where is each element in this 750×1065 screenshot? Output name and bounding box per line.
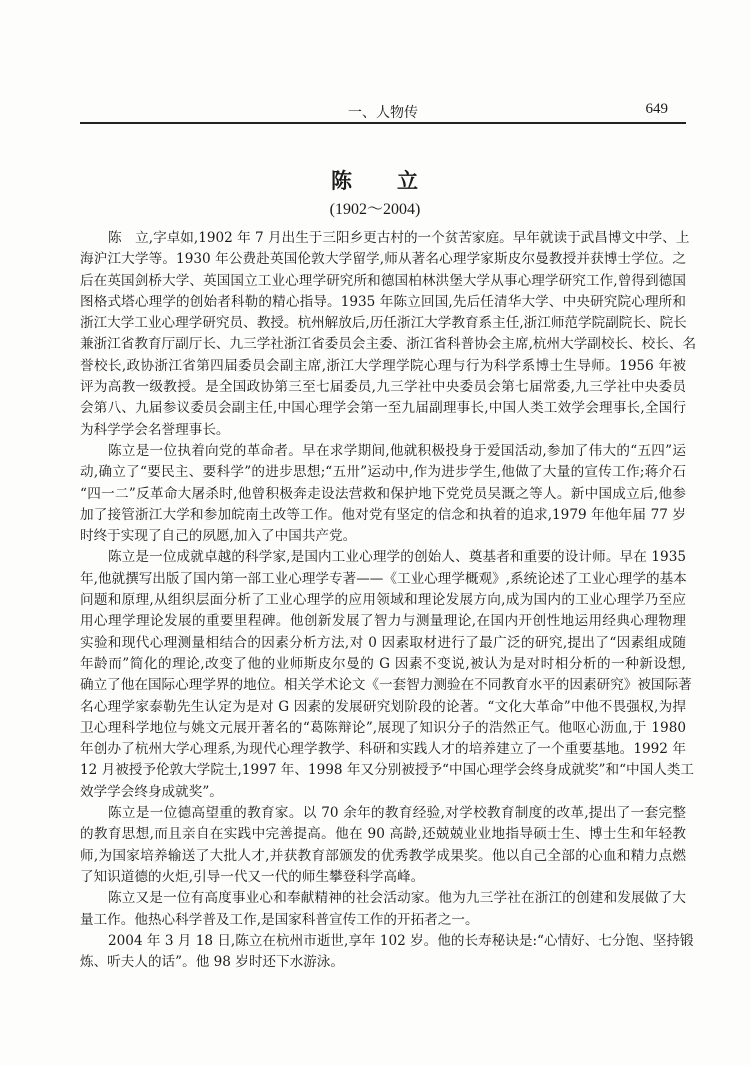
body-line: 陈立是一位执着向党的革命者。早在求学期间,他就积极投身于爱国活动,参加了伟大的“… — [80, 441, 686, 462]
body-line: 为科学学会名誉理事长。 — [80, 420, 686, 441]
title-surname: 陈 — [331, 169, 353, 193]
body-line: 加了接管浙江大学和参加皖南土改等工作。他对党有坚定的信念和执着的追求,1979 … — [80, 505, 686, 526]
body-line: 的教育思想,而且亲自在实践中完善提高。他在 90 高龄,还兢兢业业地指导硕士生、… — [80, 824, 686, 845]
body-line: 海沪江大学等。1930 年公费赴英国伦敦大学留学,师从著名心理学家斯皮尔曼教授并… — [80, 249, 686, 270]
section-title: 一、人物传 — [80, 102, 686, 122]
body-line: 陈立是一位德高望重的教育家。以 70 余年的教育经验,对学校教育制度的改革,提出… — [80, 803, 686, 824]
title-given-name: 立 — [397, 169, 419, 193]
body-line: 后在英国剑桥大学、英国国立工业心理学研究所和德国柏林洪堡大学从事心理学研究工作,… — [80, 271, 686, 292]
body-line: 2004 年 3 月 18 日,陈立在杭州市逝世,享年 102 岁。他的长寿秘诀… — [80, 931, 686, 952]
body-line: 问题和原理,从组织层面分析了工业心理学的应用领域和理论发展方向,成为国内的工业心… — [80, 590, 686, 611]
body-line: 誉校长,政协浙江省第四届委员会副主席,浙江大学理学院心理与行为科学系博士生导师。… — [80, 356, 686, 377]
running-head: 一、人物传 649 — [80, 100, 686, 122]
body-line: 评为高教一级教授。是全国政协第三至七届委员,九三学社中央委员会第七届常委,九三学… — [80, 377, 686, 398]
body-line: 名心理学家泰勒先生认定为是对 G 因素的发展研究划阶段的论著。“文化大革命”中他… — [80, 697, 686, 718]
page-number: 649 — [646, 101, 669, 118]
body-line: 陈立又是一位有高度事业心和奉献精神的社会活动家。他为九三学社在浙江的创建和发展做… — [80, 888, 686, 909]
body-line: 时终于实现了自己的夙愿,加入了中国共产党。 — [80, 526, 686, 547]
life-dates: (1902～2004) — [0, 196, 750, 219]
article-body: 陈 立,字卓如,1902 年 7 月出生于三阳乡更古村的一个贫苦家庭。早年就读于… — [80, 228, 686, 973]
body-line: 卫心理科学地位与姚文元展开著名的“葛陈辩论”,展现了知识分子的浩然正气。他呕心沥… — [80, 718, 686, 739]
body-line: 陈 立,字卓如,1902 年 7 月出生于三阳乡更古村的一个贫苦家庭。早年就读于… — [80, 228, 686, 249]
body-line: 用心理学理论发展的重要里程碑。他创新发展了智力与测量理论,在国内开创性地运用经典… — [80, 611, 686, 632]
body-line: 会第八、九届参议委员会副主任,中国心理学会第一至九届副理事长,中国人类工效学会理… — [80, 398, 686, 419]
body-line: 浙江大学工业心理学研究员、教授。杭州解放后,历任浙江大学教育系主任,浙江师范学院… — [80, 313, 686, 334]
body-line: 师,为国家培养输送了大批人才,并获教育部颁发的优秀教学成果奖。他以自己全部的心血… — [80, 846, 686, 867]
body-line: 确立了他在国际心理学界的地位。相关学术论文《一套智力测验在不同教育水平的因素研究… — [80, 675, 686, 696]
body-line: 动,确立了“要民主、要科学”的进步思想;“五卅”运动中,作为进步学生,他做了大量… — [80, 462, 686, 483]
body-line: 陈立是一位成就卓越的科学家,是国内工业心理学的创始人、奠基者和重要的设计师。早在… — [80, 547, 686, 568]
body-line: 年龄而”简化的理论,改变了他的业师斯皮尔曼的 G 因素不变说,被认为是对时相分析… — [80, 654, 686, 675]
body-line: “四一二”反革命大屠杀时,他曾积极奔走设法营救和保护地下党党员吴溉之等人。新中国… — [80, 484, 686, 505]
body-line: 图格式塔心理学的创始者科勒的精心指导。1935 年陈立回国,先后任清华大学、中央… — [80, 292, 686, 313]
body-line: 12 月被授予伦敦大学院士,1997 年、1998 年又分别被授予“中国心理学会… — [80, 760, 686, 781]
body-line: 兼浙江省教育厅副厅长、九三学社浙江省委员会主委、浙江省科普协会主席,杭州大学副校… — [80, 334, 686, 355]
body-line: 实验和现代心理测量相结合的因素分析方法,对 0 因素取材进行了最广泛的研究,提出… — [80, 633, 686, 654]
article-title: 陈立 — [0, 165, 750, 195]
body-line: 年创办了杭州大学心理系,为现代心理学教学、科研和实践人才的培养建立了一个重要基地… — [80, 739, 686, 760]
header-rule — [80, 122, 686, 124]
body-line: 效学学会终身成就奖”。 — [80, 782, 686, 803]
document-page: 一、人物传 649 陈立 (1902～2004) 陈 立,字卓如,1902 年 … — [0, 0, 750, 1065]
body-line: 年,他就撰写出版了国内第一部工业心理学专著——《工业心理学概观》,系统论述了工业… — [80, 569, 686, 590]
body-line: 了知识道德的火炬,引导一代又一代的师生攀登科学高峰。 — [80, 867, 686, 888]
body-line: 量工作。他热心科学普及工作,是国家科普宣传工作的开拓者之一。 — [80, 910, 686, 931]
body-line: 炼、听夫人的话”。他 98 岁时还下水游泳。 — [80, 952, 686, 973]
